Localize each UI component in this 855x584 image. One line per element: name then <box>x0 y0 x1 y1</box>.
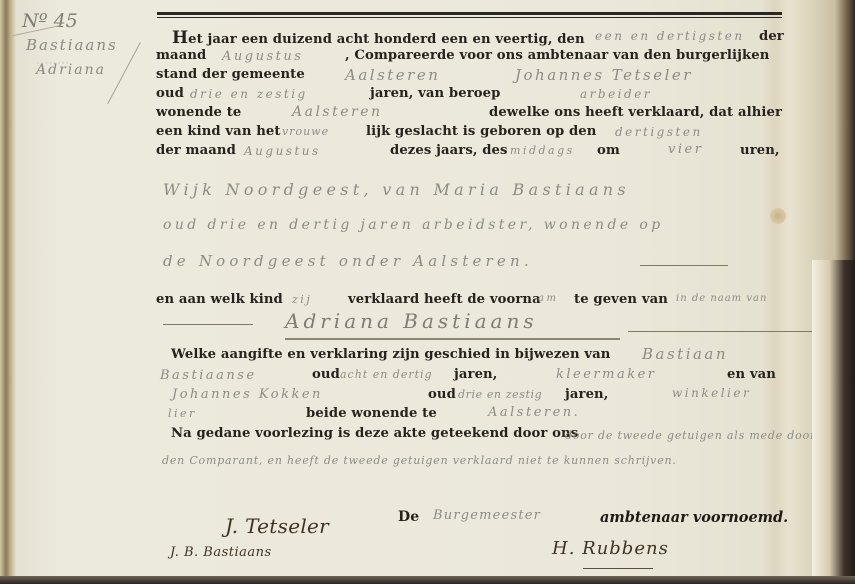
hand-in-de-naam-van: in de naam van <box>676 293 767 304</box>
hand-declarant-name: Johannes Tetseler <box>515 66 693 84</box>
signature-witness: J. B. Bastiaans <box>170 545 272 560</box>
hand-witness1-occupation: kleermaker <box>556 367 657 382</box>
printed-oud: oud <box>156 86 184 101</box>
printed-beide-wonende-te: beide wonende te <box>306 406 437 421</box>
printed-oud-2: oud <box>428 387 456 402</box>
hand-month: Augustus <box>222 49 303 64</box>
printed-oud-1: oud <box>312 367 340 382</box>
hand-municipality: Aalsteren <box>345 66 440 84</box>
printed-na-gedane-voorlezing: Na gedane voorlezing is deze akte geteek… <box>171 426 578 441</box>
hand-declarant-age: drie en zestig <box>190 87 308 101</box>
printed-ambtenaar-voornoemd: ambtenaar voornoemd. <box>600 509 788 526</box>
name-left-rule <box>163 324 253 325</box>
form-line-1: Het jaar een duizend acht honderd een en… <box>172 28 585 48</box>
hand-witness1-first: Bastiaan <box>642 345 728 363</box>
hand-line-mother: Wijk Noordgeest, van Maria Bastiaans <box>163 180 630 199</box>
printed-welke-aangifte: Welke aangifte en verklaring zijn geschi… <box>171 347 610 362</box>
hand-zij: zij <box>292 293 312 306</box>
hand-witness2-age: drie en zestig <box>458 388 542 401</box>
hand-declarant-residence: Aalsteren <box>292 104 383 120</box>
hand-inability-clause: den Comparant, en heeft de tweede getuig… <box>162 454 677 467</box>
name-underline <box>285 338 620 340</box>
hand-day: een en dertigsten <box>595 29 745 43</box>
signature-declarant: J. Tetseler <box>225 514 329 538</box>
printed-der: der <box>759 29 784 44</box>
top-double-rule <box>157 12 782 18</box>
printed-stand-der-gemeente: stand der gemeente <box>156 67 305 82</box>
printed-jaren-1: jaren, <box>454 367 497 382</box>
printed-jaren-2: jaren, <box>565 387 608 402</box>
margin-given-name: Adriana <box>36 62 106 78</box>
hand-witness1-surname: Bastiaanse <box>160 368 257 383</box>
hand-occupation-continued: lier <box>168 407 197 420</box>
signature-official: H. Rubbens <box>552 538 669 559</box>
printed-de: De <box>398 509 419 525</box>
printed-maand: maand <box>156 48 206 63</box>
hand-witness2-name: Johannes Kokken <box>172 387 323 402</box>
hand-burgemeester: Burgemeester <box>433 508 541 523</box>
hand-birth-month: Augustus <box>244 144 321 158</box>
printed-text: et jaar een duizend acht honderd een en … <box>188 32 585 47</box>
hand-signature-clause: door de tweede getuigen als mede door <box>565 429 816 442</box>
printed-wonende-te: wonende te <box>156 105 241 120</box>
hand-hour: vier <box>668 142 703 157</box>
printed-compareerde: , Compareerde voor ons ambtenaar van den… <box>345 48 769 63</box>
drop-cap: H <box>172 28 188 48</box>
hand-witness1-age: acht en dertig <box>340 368 433 381</box>
paper-stain <box>770 208 786 224</box>
printed-te-geven-van: te geven van <box>574 292 668 307</box>
signature-flourish <box>583 568 653 569</box>
hand-birth-day: dertigsten <box>615 125 703 139</box>
page-bottom-edge <box>0 576 855 584</box>
margin-record-number: Nº 45 <box>22 10 78 32</box>
hand-declarant-occupation: arbeider <box>580 87 652 101</box>
printed-der-maand: der maand <box>156 143 236 158</box>
hand-witness2-occupation: winkelier <box>672 386 751 400</box>
hand-voornaam-suffix: am <box>538 293 558 304</box>
printed-een-kind: een kind van het <box>156 124 281 139</box>
printed-verklaard: verklaard heeft de voorna <box>348 292 541 307</box>
printed-en-aan-welk-kind: en aan welk kind <box>156 292 283 307</box>
document-page: ········ Nº 45 Bastiaans Adriana Het jaa… <box>0 0 855 584</box>
printed-uren: uren, <box>740 143 780 158</box>
hand-daypart: middags <box>510 144 575 157</box>
hand-line-mother-age: oud drie en dertig jaren arbeidster, won… <box>163 217 664 233</box>
printed-en-van: en van <box>727 367 776 382</box>
printed-dezes-jaars: dezes jaars, des <box>390 143 508 158</box>
closing-dash <box>640 265 728 266</box>
hand-witnesses-residence: Aalsteren. <box>488 405 580 420</box>
hand-child-name: Adriana Bastiaans <box>285 309 538 333</box>
printed-om: om <box>597 143 620 158</box>
printed-geslacht: lijk geslacht is geboren op den <box>366 124 597 139</box>
printed-dewelke: dewelke ons heeft verklaard, dat alhier <box>489 105 782 120</box>
hand-sex: vrouwe <box>282 125 329 138</box>
margin-surname: Bastiaans <box>26 36 118 54</box>
hand-line-address: de Noordgeest onder Aalsteren. <box>163 252 533 270</box>
name-right-rule <box>628 331 818 332</box>
book-binding-edge <box>812 260 855 584</box>
printed-jaren-van-beroep: jaren, van beroep <box>370 86 500 101</box>
